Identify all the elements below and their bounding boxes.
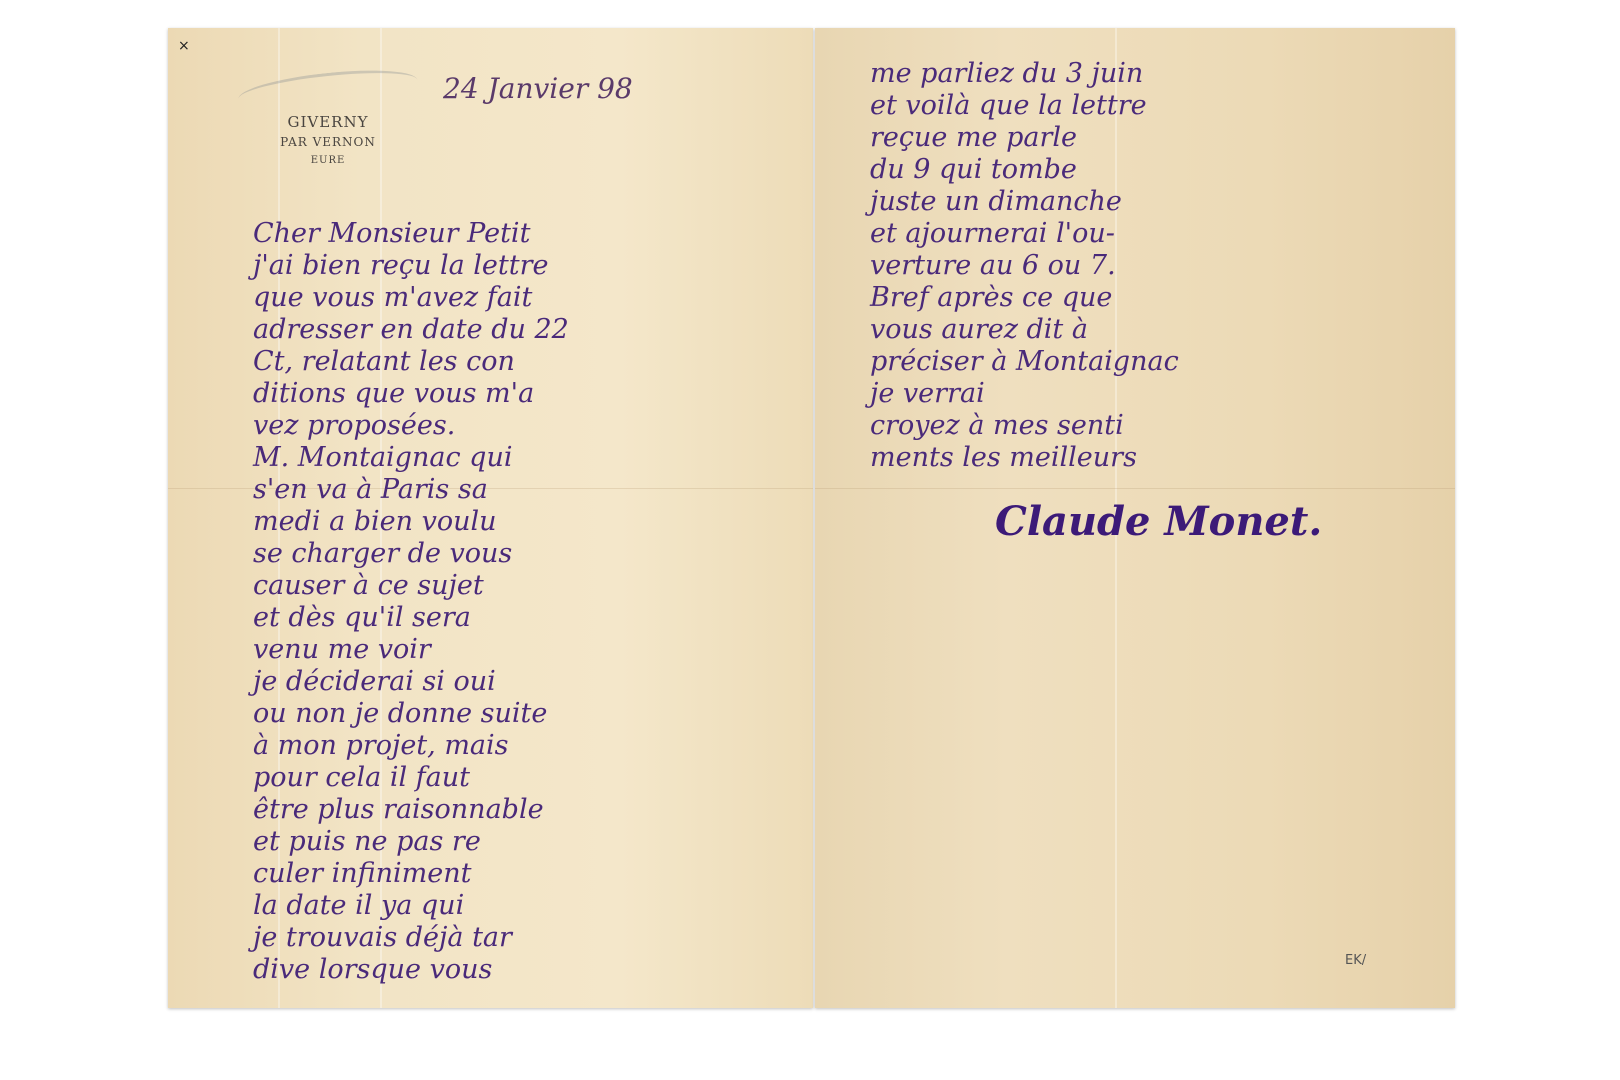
text-line: préciser à Montaignac	[870, 346, 1179, 378]
text-line: M. Montaignac qui	[253, 442, 569, 474]
text-line: ditions que vous m'a	[253, 378, 569, 410]
text-line: me parliez du 3 juin	[870, 58, 1179, 90]
text-line: j'ai bien reçu la lettre	[253, 250, 569, 282]
text-line: reçue me parle	[870, 122, 1179, 154]
signature: Claude Monet.	[995, 498, 1322, 545]
text-line: que vous m'avez fait	[253, 282, 569, 314]
text-line: vez proposées.	[253, 410, 569, 442]
text-line: vous aurez dit à	[870, 314, 1179, 346]
text-line: croyez à mes senti	[870, 410, 1179, 442]
text-line: dive lorsque vous	[253, 954, 569, 986]
text-line: s'en va à Paris sa	[253, 474, 569, 506]
text-line: et dès qu'il sera	[253, 602, 569, 634]
letterhead: GIVERNY PAR VERNON EURE	[248, 113, 408, 166]
text-line: du 9 qui tombe	[870, 154, 1179, 186]
text-line: je verrai	[870, 378, 1179, 410]
text-line: ou non je donne suite	[253, 698, 569, 730]
letter-right-page: me parliez du 3 juin et voilà que la let…	[815, 28, 1455, 1008]
text-line: venu me voir	[253, 634, 569, 666]
text-line: causer à ce sujet	[253, 570, 569, 602]
text-line: ments les meilleurs	[870, 442, 1179, 474]
text-line: juste un dimanche	[870, 186, 1179, 218]
text-line: adresser en date du 22	[253, 314, 569, 346]
text-line: et puis ne pas re	[253, 826, 569, 858]
letter-body-right: me parliez du 3 juin et voilà que la let…	[870, 58, 1179, 474]
letter-body-left: Cher Monsieur Petit j'ai bien reçu la le…	[253, 218, 569, 986]
corner-mark: ×	[178, 38, 190, 54]
text-line: et voilà que la lettre	[870, 90, 1179, 122]
letterhead-dept: EURE	[248, 155, 408, 166]
text-line: et ajournerai l'ou-	[870, 218, 1179, 250]
text-line: se charger de vous	[253, 538, 569, 570]
text-line: je trouvais déjà tar	[253, 922, 569, 954]
text-line: à mon projet, mais	[253, 730, 569, 762]
archive-mark: EK/	[1345, 953, 1366, 968]
text-line: pour cela il faut	[253, 762, 569, 794]
text-line: Cher Monsieur Petit	[253, 218, 569, 250]
text-line: culer infiniment	[253, 858, 569, 890]
text-line: verture au 6 ou 7.	[870, 250, 1179, 282]
letter-date: 24 Janvier 98	[443, 73, 633, 105]
text-line: Bref après ce que	[870, 282, 1179, 314]
text-line: medi a bien voulu	[253, 506, 569, 538]
text-line: je déciderai si oui	[253, 666, 569, 698]
text-line: être plus raisonnable	[253, 794, 569, 826]
text-line: la date il ya qui	[253, 890, 569, 922]
letterhead-town: GIVERNY	[248, 113, 408, 131]
letter-left-page: × GIVERNY PAR VERNON EURE 24 Janvier 98 …	[168, 28, 813, 1008]
fold-line	[815, 488, 1455, 489]
letterhead-via: PAR VERNON	[248, 135, 408, 149]
pencil-annotation	[237, 64, 419, 116]
text-line: Ct, relatant les con	[253, 346, 569, 378]
